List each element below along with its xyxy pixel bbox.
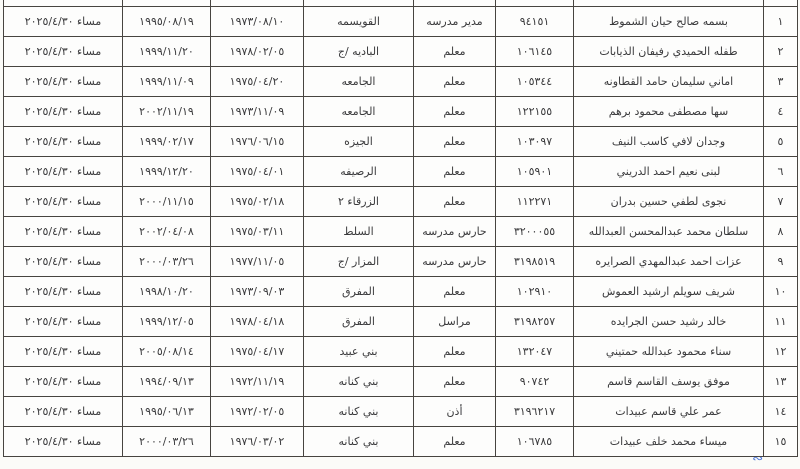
cell-no: ١٥ xyxy=(764,427,798,457)
cell-date3: مساء ٢٠٢٥/٤/٣٠ xyxy=(4,37,123,67)
cell-date3: مساء ٢٠٢٥/٤/٣٠ xyxy=(4,247,123,277)
cell-date2: ٢٠٠٠/١١/١٥ xyxy=(123,187,211,217)
cell-id: ١٠٣٠٩٧ xyxy=(496,127,574,157)
cell-date2: ١٩٩٤/٠٩/١٣ xyxy=(123,367,211,397)
cell-no: ٧ xyxy=(764,187,798,217)
cell-school: الزرقاء ٢ xyxy=(304,187,414,217)
cell-id: ١٣٢٠٤٧ xyxy=(496,337,574,367)
cell-job: معلم xyxy=(414,157,496,187)
cell-date3: مساء ٢٠٢٥/٤/٣٠ xyxy=(4,187,123,217)
table-row: ٦لبنى نعيم احمد الدريني١٠٥٩٠١معلمالرصيفه… xyxy=(4,157,798,187)
table-row: ١٠شريف سويلم ارشيد العموش١٠٢٩١٠معلمالمفر… xyxy=(4,277,798,307)
cell-school: السلط xyxy=(304,217,414,247)
table-row: ١٢سناء محمود عبدالله حمتيني١٣٢٠٤٧معلمبني… xyxy=(4,337,798,367)
table-row: ١٤عمر علي قاسم عبيدات٣١٩٦٢١٧أذنبني كنانه… xyxy=(4,397,798,427)
cell-job: معلم xyxy=(414,187,496,217)
cell-date3: مساء ٢٠٢٥/٤/٣٠ xyxy=(4,307,123,337)
cell-date1: ١٩٧٣/٠٨/١٠ xyxy=(211,7,304,37)
cell-date1: ١٩٧٥/٠٤/٠١ xyxy=(211,157,304,187)
cell-school: بني كنانه xyxy=(304,367,414,397)
employee-records-table: ١بسمه صالح حيان الشموط٩٤١٥١مدير مدرسهالق… xyxy=(3,0,798,457)
cell-date3: مساء ٢٠٢٥/٤/٣٠ xyxy=(4,217,123,247)
blue-corner-scribble-icon: ∾ xyxy=(752,453,763,464)
cell-date1: ١٩٧٣/١١/٠٩ xyxy=(211,97,304,127)
cell-name: شريف سويلم ارشيد العموش xyxy=(574,277,764,307)
scanned-document-page: ١بسمه صالح حيان الشموط٩٤١٥١مدير مدرسهالق… xyxy=(0,0,800,469)
records-table-body: ١بسمه صالح حيان الشموط٩٤١٥١مدير مدرسهالق… xyxy=(4,0,798,457)
cell-job: معلم xyxy=(414,97,496,127)
cell-no: ١٣ xyxy=(764,367,798,397)
cell-date2: ٢٠٠٢/١١/١٩ xyxy=(123,97,211,127)
cell-name: طفله الحميدي رفيفان الذيابات xyxy=(574,37,764,67)
cell-id: ٩٠٧٤٢ xyxy=(496,367,574,397)
cell-no: ١١ xyxy=(764,307,798,337)
cell-date3: مساء ٢٠٢٥/٤/٣٠ xyxy=(4,97,123,127)
cell-name: اماني سليمان حامد القطاونه xyxy=(574,67,764,97)
cell-no: ٢ xyxy=(764,37,798,67)
cell-school: بني كنانه xyxy=(304,397,414,427)
cell-date3: مساء ٢٠٢٥/٤/٣٠ xyxy=(4,277,123,307)
cell-date2: ٢٠٠٠/٠٣/٢٦ xyxy=(123,427,211,457)
table-row: ٧نجوى لطفي حسين بدران١١٢٢٧١معلمالزرقاء ٢… xyxy=(4,187,798,217)
cell-name: سها مصطفى محمود برهم xyxy=(574,97,764,127)
cell-date2: ١٩٩٥/٠٦/١٣ xyxy=(123,397,211,427)
cell-job: مراسل xyxy=(414,307,496,337)
table-row: ٩عزات احمد عبدالمهدي الصرايره٣١٩٨٥١٩حارس… xyxy=(4,247,798,277)
cell-date1: ١٩٧٢/٠٢/٠٥ xyxy=(211,397,304,427)
cell-name: موفق يوسف القاسم قاسم xyxy=(574,367,764,397)
cell-name: ميساء محمد خلف عبيدات xyxy=(574,427,764,457)
cell-date2: ٢٠٠٠/٠٣/٢٦ xyxy=(123,247,211,277)
cell-school: المفرق xyxy=(304,307,414,337)
cell-job: حارس مدرسه xyxy=(414,217,496,247)
cell-job: معلم xyxy=(414,367,496,397)
cell-id: ١١٢٢٧١ xyxy=(496,187,574,217)
cell-school: بني كنانه xyxy=(304,427,414,457)
cell-date1: ١٩٧٧/١١/٠٥ xyxy=(211,247,304,277)
cell-date2: ١٩٩٩/٠٢/١٧ xyxy=(123,127,211,157)
cell-id: ١٠٥٣٤٤ xyxy=(496,67,574,97)
cell-no: ١٢ xyxy=(764,337,798,367)
cell-no: ٥ xyxy=(764,127,798,157)
cell-job: معلم xyxy=(414,277,496,307)
cell-date2: ١٩٩٨/١٠/٢٠ xyxy=(123,277,211,307)
cell-name: لبنى نعيم احمد الدريني xyxy=(574,157,764,187)
cell-no: ١٤ xyxy=(764,397,798,427)
cell-date2: ١٩٩٥/٠٨/١٩ xyxy=(123,7,211,37)
cell-date3: مساء ٢٠٢٥/٤/٣٠ xyxy=(4,397,123,427)
cell-no: ١٠ xyxy=(764,277,798,307)
cell-name: سناء محمود عبدالله حمتيني xyxy=(574,337,764,367)
cell-school: المزار /ج xyxy=(304,247,414,277)
cell-school: المفرق xyxy=(304,277,414,307)
cell-job: حارس مدرسه xyxy=(414,247,496,277)
table-row: ٣اماني سليمان حامد القطاونه١٠٥٣٤٤معلمالج… xyxy=(4,67,798,97)
cell-no: ٩ xyxy=(764,247,798,277)
cell-no: ١ xyxy=(764,7,798,37)
cell-date1: ١٩٧٨/٠٢/٠٥ xyxy=(211,37,304,67)
table-row: ١٥ميساء محمد خلف عبيدات١٠٦٧٨٥معلمبني كنا… xyxy=(4,427,798,457)
cell-id: ١٠٦١٤٥ xyxy=(496,37,574,67)
cell-date1: ١٩٧٥/٠٣/١١ xyxy=(211,217,304,247)
cell-id: ١٢٢١٥٥ xyxy=(496,97,574,127)
cell-id: ١٠٢٩١٠ xyxy=(496,277,574,307)
cell-date1: ١٩٧٢/١١/١٩ xyxy=(211,367,304,397)
cell-date2: ١٩٩٩/١١/٠٩ xyxy=(123,67,211,97)
cell-no: ٨ xyxy=(764,217,798,247)
cell-date1: ١٩٧٦/٠٦/١٥ xyxy=(211,127,304,157)
cell-name: عزات احمد عبدالمهدي الصرايره xyxy=(574,247,764,277)
cell-id: ١٠٦٧٨٥ xyxy=(496,427,574,457)
cell-date1: ١٩٧٥/٠٢/١٨ xyxy=(211,187,304,217)
cell-id: ١٠٥٩٠١ xyxy=(496,157,574,187)
cell-no: ٣ xyxy=(764,67,798,97)
cell-date2: ١٩٩٩/١١/٢٠ xyxy=(123,37,211,67)
cell-school: بني عبيد xyxy=(304,337,414,367)
cell-school: الجيزه xyxy=(304,127,414,157)
cell-date1: ١٩٧٣/٠٩/٠٣ xyxy=(211,277,304,307)
cell-date1: ١٩٧٦/٠٣/٠٢ xyxy=(211,427,304,457)
cell-no: ٦ xyxy=(764,157,798,187)
cell-date3: مساء ٢٠٢٥/٤/٣٠ xyxy=(4,127,123,157)
cell-job: مدير مدرسه xyxy=(414,7,496,37)
cell-job: معلم xyxy=(414,337,496,367)
cell-date3: مساء ٢٠٢٥/٤/٣٠ xyxy=(4,427,123,457)
cell-id: ٣١٩٨٢٥٧ xyxy=(496,307,574,337)
cell-name: خالد رشيد حسن الجرايده xyxy=(574,307,764,337)
cell-id: ٣٢٠٠٠٥٥ xyxy=(496,217,574,247)
cell-date2: ٢٠٠٥/٠٨/١٤ xyxy=(123,337,211,367)
cell-job: معلم xyxy=(414,427,496,457)
cell-job: معلم xyxy=(414,127,496,157)
cell-date2: ٢٠٠٢/٠٤/٠٨ xyxy=(123,217,211,247)
cell-date1: ١٩٧٥/٠٤/٢٠ xyxy=(211,67,304,97)
table-row: ٥وجدان لافي كاسب النيف١٠٣٠٩٧معلمالجيزه١٩… xyxy=(4,127,798,157)
cell-date2: ١٩٩٩/١٢/٢٠ xyxy=(123,157,211,187)
cell-name: سلطان محمد عبدالمحسن العبدالله xyxy=(574,217,764,247)
cell-date3: مساء ٢٠٢٥/٤/٣٠ xyxy=(4,7,123,37)
table-row: ١٣موفق يوسف القاسم قاسم٩٠٧٤٢معلمبني كنان… xyxy=(4,367,798,397)
cell-name: بسمه صالح حيان الشموط xyxy=(574,7,764,37)
cell-name: نجوى لطفي حسين بدران xyxy=(574,187,764,217)
cell-date2: ١٩٩٩/١٢/٠٥ xyxy=(123,307,211,337)
cell-date1: ١٩٧٨/٠٤/١٨ xyxy=(211,307,304,337)
cell-job: معلم xyxy=(414,37,496,67)
cell-no: ٤ xyxy=(764,97,798,127)
cell-date3: مساء ٢٠٢٥/٤/٣٠ xyxy=(4,157,123,187)
cell-job: أذن xyxy=(414,397,496,427)
cell-date3: مساء ٢٠٢٥/٤/٣٠ xyxy=(4,337,123,367)
cell-name: عمر علي قاسم عبيدات xyxy=(574,397,764,427)
table-row: ١١خالد رشيد حسن الجرايده٣١٩٨٢٥٧مراسلالمف… xyxy=(4,307,798,337)
table-row: ٢طفله الحميدي رفيفان الذيابات١٠٦١٤٥معلما… xyxy=(4,37,798,67)
cell-id: ٣١٩٦٢١٧ xyxy=(496,397,574,427)
cell-school: الباديه /ج xyxy=(304,37,414,67)
cell-name: وجدان لافي كاسب النيف xyxy=(574,127,764,157)
table-row: ٤سها مصطفى محمود برهم١٢٢١٥٥معلمالجامعه١٩… xyxy=(4,97,798,127)
cell-id: ٩٤١٥١ xyxy=(496,7,574,37)
table-row: ١بسمه صالح حيان الشموط٩٤١٥١مدير مدرسهالق… xyxy=(4,7,798,37)
cell-date1: ١٩٧٥/٠٤/١٧ xyxy=(211,337,304,367)
cell-date3: مساء ٢٠٢٥/٤/٣٠ xyxy=(4,367,123,397)
cell-job: معلم xyxy=(414,67,496,97)
cell-id: ٣١٩٨٥١٩ xyxy=(496,247,574,277)
cell-school: القويسمه xyxy=(304,7,414,37)
cell-school: الجامعه xyxy=(304,67,414,97)
cell-date3: مساء ٢٠٢٥/٤/٣٠ xyxy=(4,67,123,97)
cell-school: الجامعه xyxy=(304,97,414,127)
cell-school: الرصيفه xyxy=(304,157,414,187)
table-row: ٨سلطان محمد عبدالمحسن العبدالله٣٢٠٠٠٥٥حا… xyxy=(4,217,798,247)
